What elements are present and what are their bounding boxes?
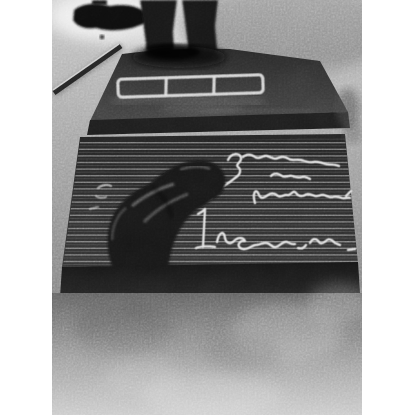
- photograph: [52, 0, 362, 415]
- blotch-overlay: [52, 0, 362, 415]
- photograph-canvas: [52, 0, 362, 415]
- page: [0, 0, 420, 420]
